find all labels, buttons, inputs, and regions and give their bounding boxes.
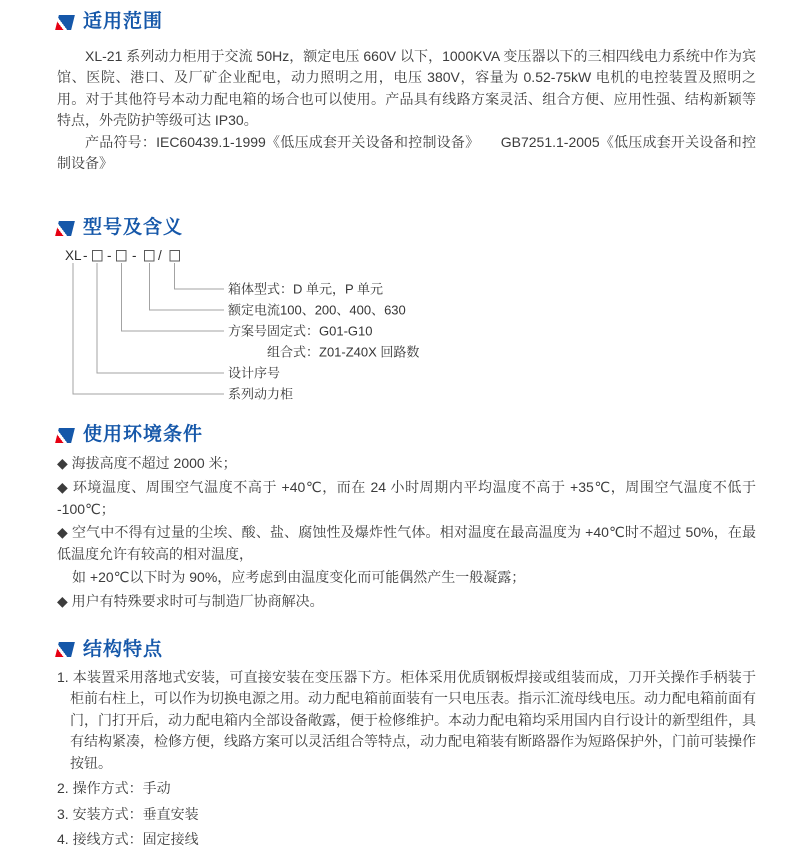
structure-item: 3. 安装方式：垂直安装: [57, 804, 756, 826]
section-title-model: 型号及含义: [83, 216, 183, 240]
section-marker-icon: [55, 221, 75, 236]
model-box: [170, 251, 180, 262]
model-label-scheme-fixed: 方案号固定式：G01-G10: [228, 324, 372, 339]
model-meaning-diagram: XL - - - / 箱体型式：D 单元，P 单元 额定电流100、200、40…: [57, 244, 757, 409]
section-structure: 结构特点 1. 本装置采用落地式安装，可直接安装在变压器下方。柜体采用优质钢板焊…: [57, 638, 756, 850]
scope-paragraph: XL-21 系列动力柜用于交流 50Hz，额定电压 660V 以下，1000KV…: [57, 46, 756, 132]
model-code-prefix: XL: [65, 248, 82, 263]
model-separator: -: [107, 248, 112, 263]
env-bullet: ◆ 空气中不得有过量的尘埃、酸、盐、腐蚀性及爆炸性气体。相对温度在最高温度为 +…: [57, 522, 756, 565]
model-separator: -: [132, 248, 137, 263]
connector-line-scheme: [122, 263, 225, 331]
connector-line-box-type: [175, 263, 225, 289]
section-title-environment: 使用环境条件: [83, 423, 203, 447]
structure-item: 2. 操作方式：手动: [57, 778, 756, 800]
section-heading-scope: 适用范围: [57, 10, 756, 34]
model-label-series-name: 系列动力柜: [228, 387, 293, 402]
structure-item: 4. 接线方式：固定接线: [57, 829, 756, 850]
section-environment: 使用环境条件 ◆ 海拔高度不超过 2000 米； ◆ 环境温度、周围空气温度不高…: [57, 423, 756, 612]
model-label-rated-current: 额定电流100、200、400、630: [228, 303, 406, 318]
model-box: [93, 251, 103, 262]
connector-line-series: [73, 263, 224, 394]
model-separator: -: [83, 248, 88, 263]
connector-line-rated-current: [150, 263, 225, 310]
model-label-design-serial: 设计序号: [228, 366, 280, 381]
model-label-box-type: 箱体型式：D 单元，P 单元: [228, 282, 383, 298]
section-title-structure: 结构特点: [83, 638, 163, 662]
section-model: 型号及含义 XL - - - / 箱体型式：D 单元，P 单元 额定电流100、…: [57, 216, 756, 409]
model-box: [145, 251, 155, 262]
env-bullet-continuation: 如 +20℃以下时为 90%，应考虑到由温度变化而可能偶然产生一般凝露；: [57, 567, 756, 589]
model-separator: /: [158, 248, 162, 263]
section-heading-model: 型号及含义: [57, 216, 756, 240]
model-label-scheme-combined: 组合式：Z01-Z40X 回路数: [267, 345, 419, 360]
section-marker-icon: [55, 642, 75, 657]
env-bullet: ◆ 环境温度、周围空气温度不高于 +40℃，而在 24 小时周期内平均温度不高于…: [57, 477, 756, 520]
document-page: 适用范围 XL-21 系列动力柜用于交流 50Hz，额定电压 660V 以下，1…: [0, 0, 800, 850]
section-heading-environment: 使用环境条件: [57, 423, 756, 447]
section-marker-icon: [55, 428, 75, 443]
connector-line-design-serial: [97, 263, 224, 373]
env-bullet: ◆ 用户有特殊要求时可与制造厂协商解决。: [57, 591, 756, 613]
section-title-scope: 适用范围: [83, 10, 163, 34]
structure-item: 1. 本装置采用落地式安装，可直接安装在变压器下方。柜体采用优质钢板焊接或组装而…: [57, 667, 756, 775]
section-scope: 适用范围 XL-21 系列动力柜用于交流 50Hz，额定电压 660V 以下，1…: [57, 10, 756, 174]
env-bullet: ◆ 海拔高度不超过 2000 米；: [57, 453, 756, 475]
section-heading-structure: 结构特点: [57, 638, 756, 662]
product-symbols-paragraph: 产品符号：IEC60439.1-1999《低压成套开关设备和控制设备》 GB72…: [57, 132, 756, 175]
model-box: [117, 251, 127, 262]
section-marker-icon: [55, 15, 75, 30]
